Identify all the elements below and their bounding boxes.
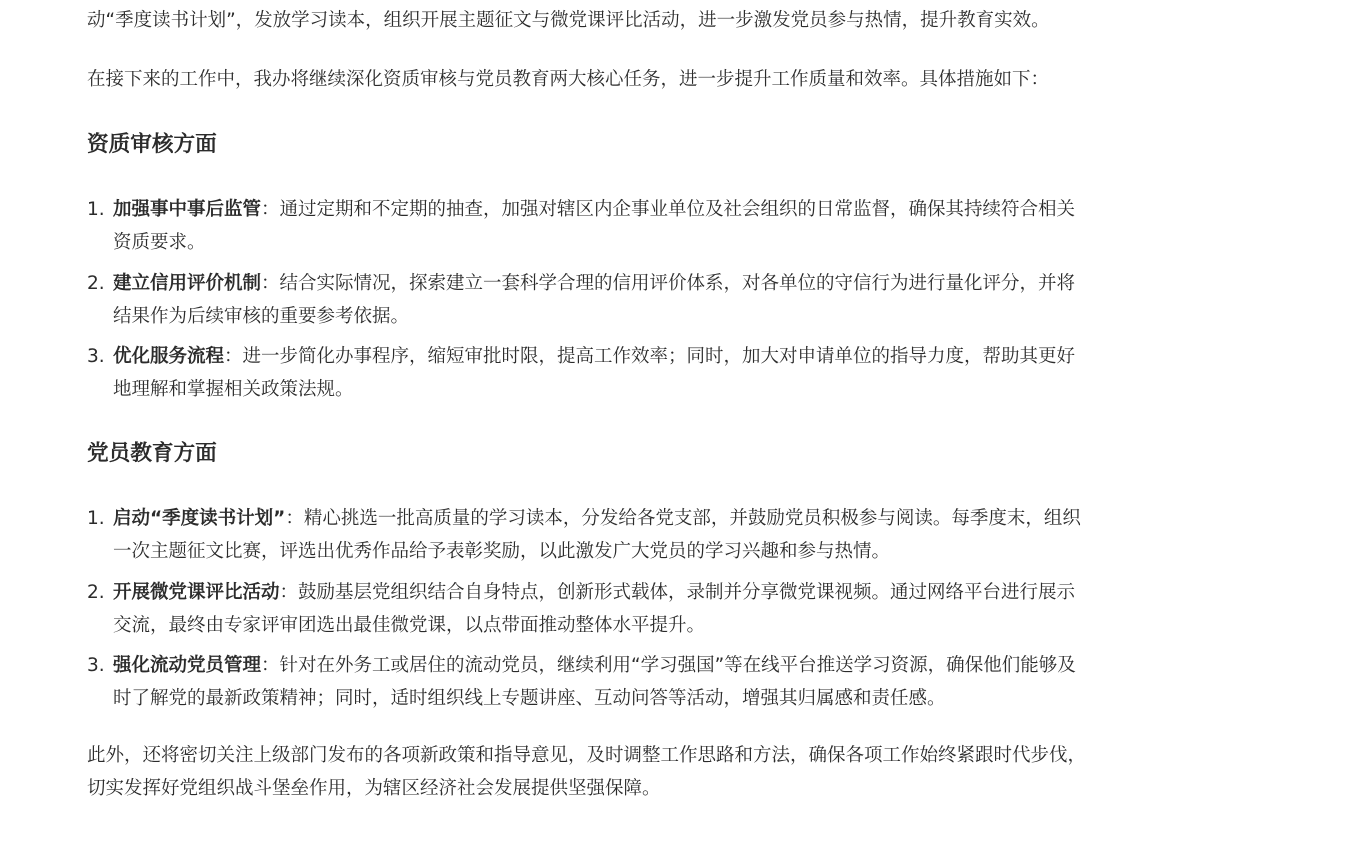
- list-item-text: ：精心挑选一批高质量的学习读本，分发给各党支部，并鼓励党员积极参与阅读。每季度末…: [285, 508, 1081, 529]
- list-item-text-cont: 结果作为后续审核的重要参考依据。: [113, 300, 1075, 333]
- list-number: 1.: [87, 502, 113, 535]
- list-item-text-cont: 时了解党的最新政策精神；同时，适时组织线上专题讲座、互动问答等活动，增强其归属感…: [113, 682, 1076, 715]
- closing-paragraph: 此外，还将密切关注上级部门发布的各项新政策和指导意见，及时调整工作思路和方法，确…: [87, 739, 1086, 805]
- list-item-title: 加强事中事后监管: [113, 199, 261, 220]
- list-item-text: ：鼓励基层党组织结合自身特点，创新形式载体，录制并分享微党课视频。通过网络平台进…: [280, 582, 1076, 603]
- list-item-text-cont: 地理解和掌握相关政策法规。: [113, 373, 1075, 406]
- list-number: 2.: [87, 267, 113, 300]
- list-item-text: ：针对在外务工或居住的流动党员，继续利用“学习强国”等在线平台推送学习资源，确保…: [261, 655, 1076, 676]
- list-item-title: 启动“季度读书计划”: [113, 508, 285, 529]
- list-item-text-cont: 交流，最终由专家评审团选出最佳微党课，以点带面推动整体水平提升。: [113, 609, 1075, 642]
- closing-line-1: 此外，还将密切关注上级部门发布的各项新政策和指导意见，及时调整工作思路和方法，确…: [87, 739, 1086, 772]
- list-item-text: ：结合实际情况，探索建立一套科学合理的信用评价体系，对各单位的守信行为进行量化评…: [261, 273, 1075, 294]
- list-item-title: 优化服务流程: [113, 346, 224, 367]
- list-item-title: 强化流动党员管理: [113, 655, 261, 676]
- transition-paragraph: 在接下来的工作中，我办将继续深化资质审核与党员教育两大核心任务，进一步提升工作质…: [87, 63, 1049, 96]
- list-number: 2.: [87, 576, 113, 609]
- intro-paragraph-tail: 动“季度读书计划”，发放学习读本，组织开展主题征文与微党课评比活动，进一步激发党…: [87, 4, 1050, 37]
- list-number: 3.: [87, 340, 113, 373]
- list-number: 3.: [87, 649, 113, 682]
- list-item-text-cont: 一次主题征文比赛，评选出优秀作品给予表彰奖励，以此激发广大党员的学习兴趣和参与热…: [113, 535, 1081, 568]
- list-item-title: 建立信用评价机制: [113, 273, 261, 294]
- closing-line-2: 切实发挥好党组织战斗堡垒作用，为辖区经济社会发展提供坚强保障。: [87, 772, 1086, 805]
- list-number: 1.: [87, 193, 113, 226]
- list-item-text-cont: 资质要求。: [113, 226, 1075, 259]
- list-item-title: 开展微党课评比活动: [113, 582, 280, 603]
- list-item-text: ：进一步简化办事程序，缩短审批时限，提高工作效率；同时，加大对申请单位的指导力度…: [224, 346, 1075, 367]
- section-heading-party-education: 党员教育方面: [87, 437, 217, 470]
- list-item-text: ：通过定期和不定期的抽查，加强对辖区内企事业单位及社会组织的日常监督，确保其持续…: [261, 199, 1075, 220]
- section-heading-qualification: 资质审核方面: [87, 128, 217, 161]
